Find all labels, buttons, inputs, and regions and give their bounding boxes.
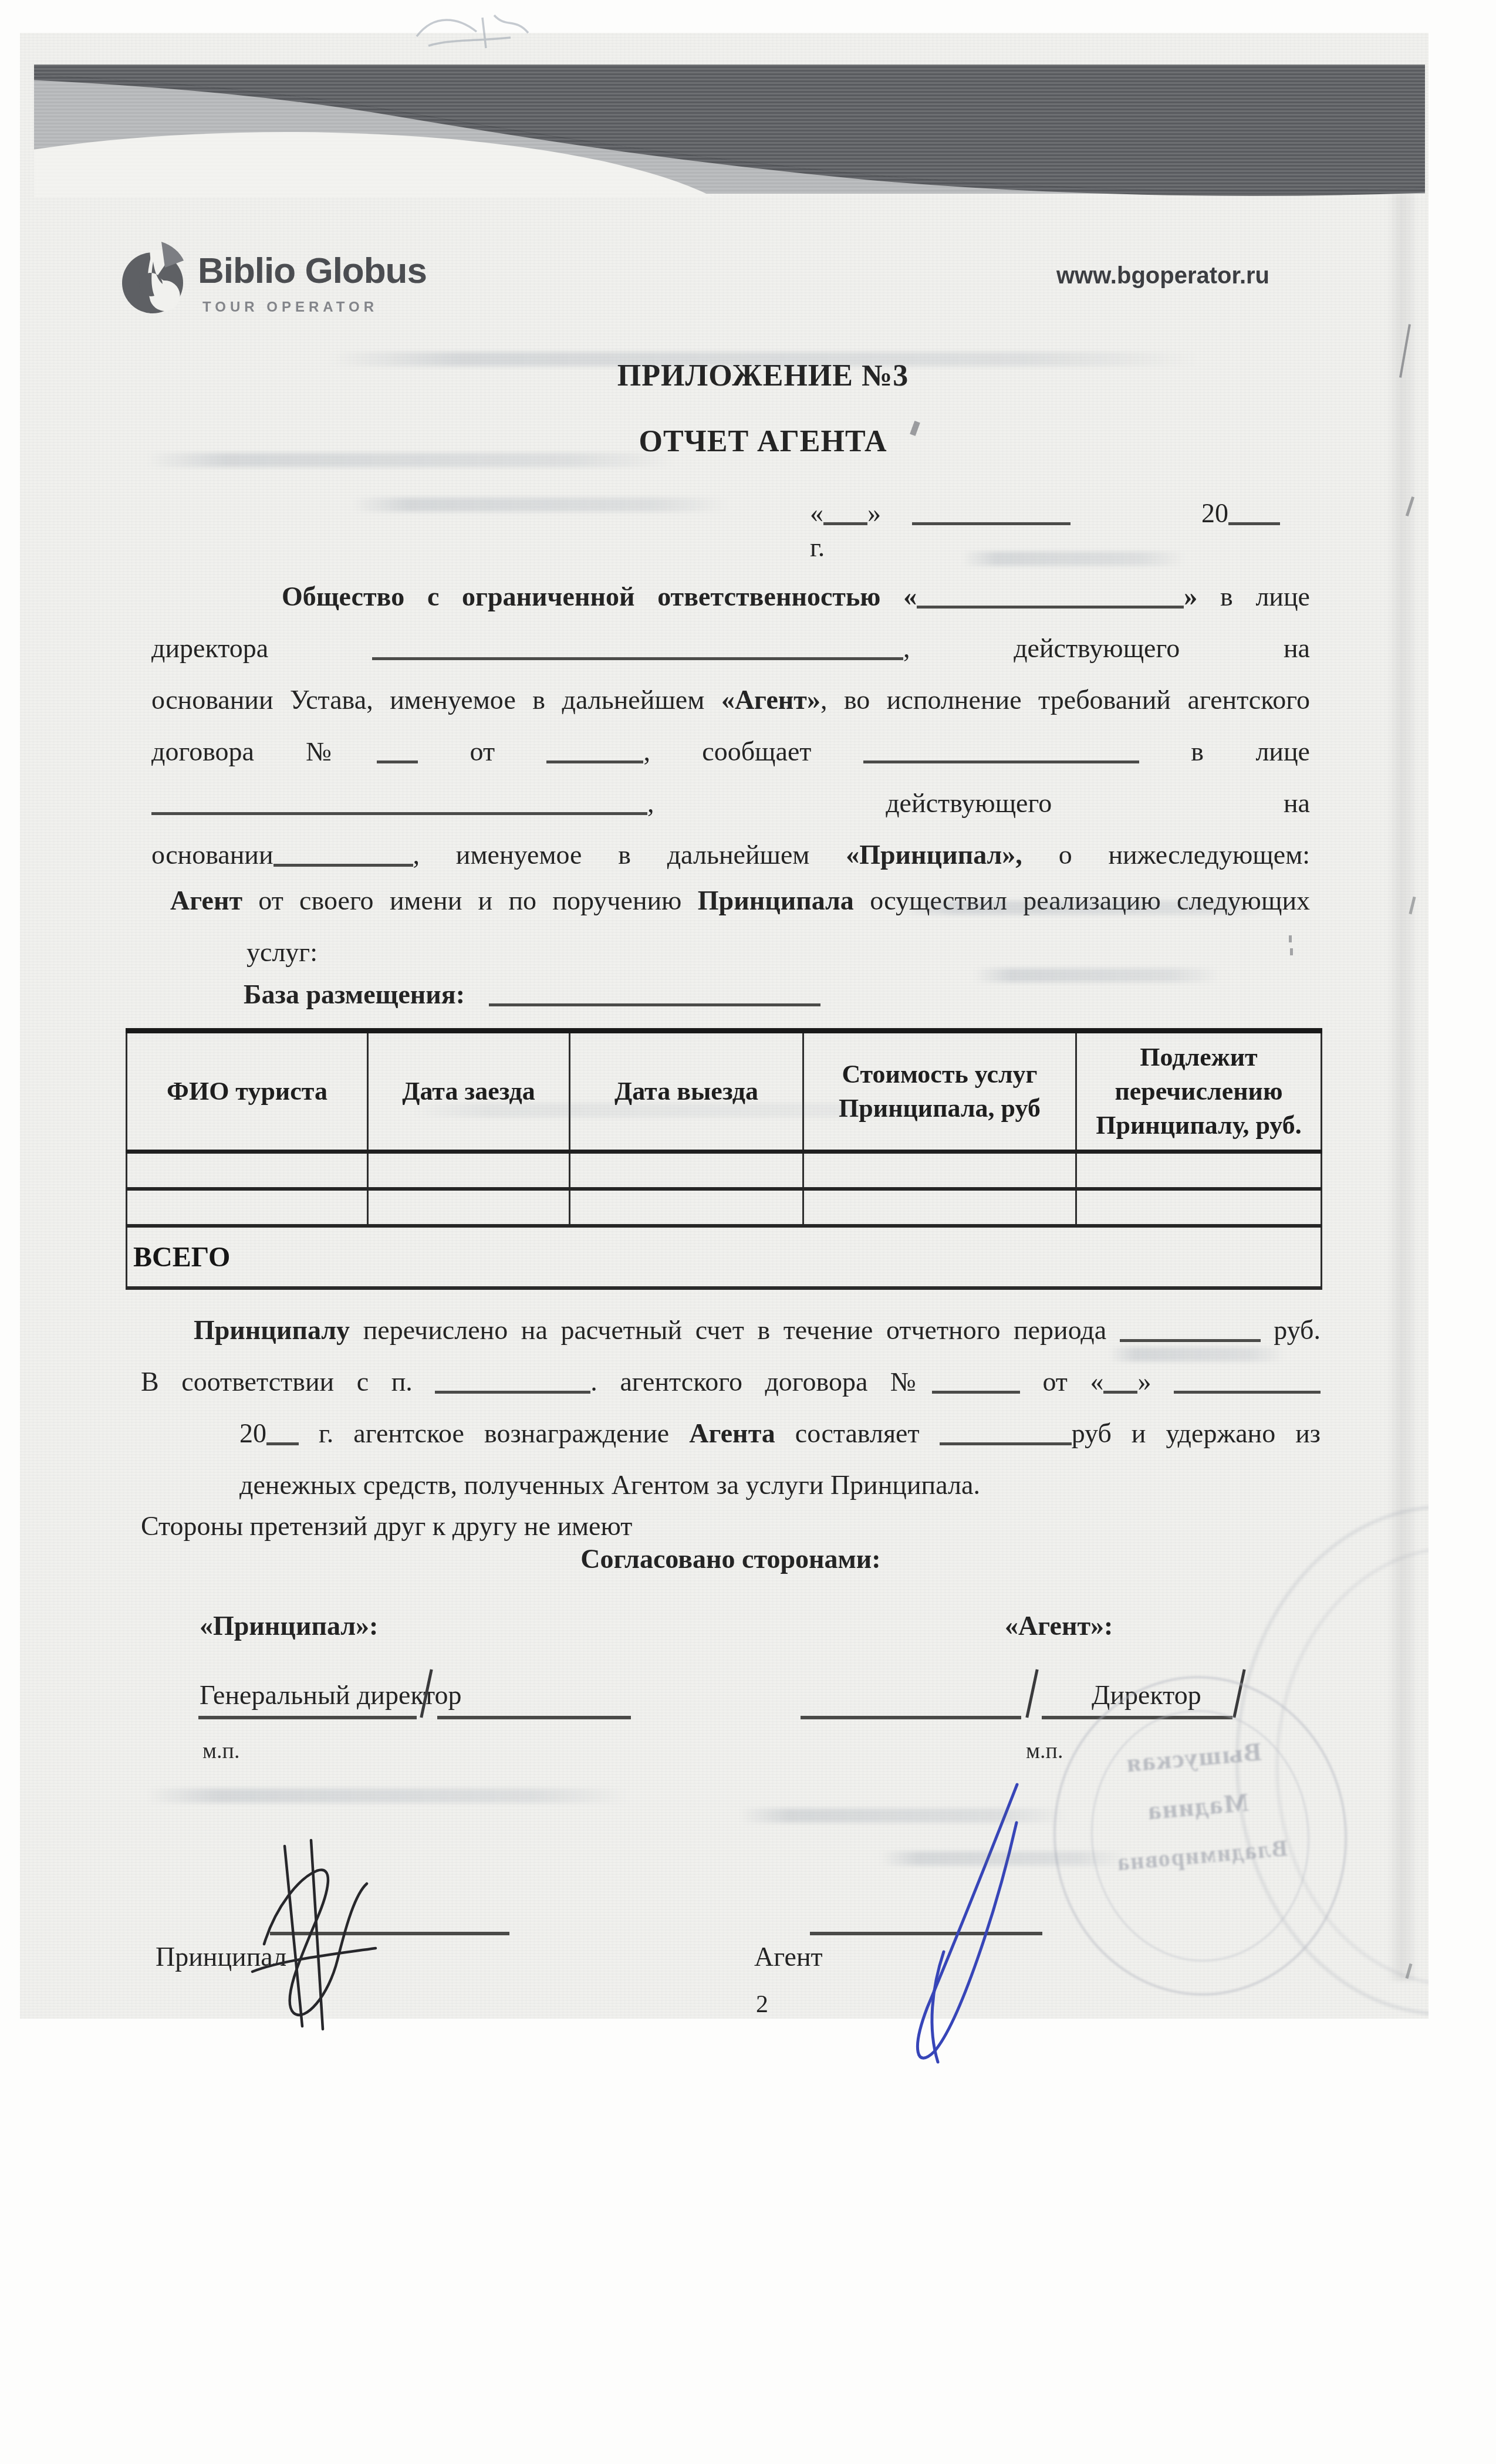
bleed-through-streak bbox=[352, 498, 728, 512]
blank-underline bbox=[932, 1373, 1020, 1394]
blank-underline bbox=[546, 743, 643, 763]
website-url: www.bgoperator.ru bbox=[1056, 263, 1269, 289]
paragraph1-line5: , действующего на bbox=[151, 786, 1310, 820]
bleed-through-streak bbox=[411, 1103, 939, 1117]
blank-underline bbox=[1103, 1373, 1137, 1394]
money-line4: денежных средств, полученных Агентом за … bbox=[239, 1468, 980, 1502]
table-empty-cell bbox=[1076, 1152, 1322, 1189]
scan-artifact bbox=[1290, 948, 1293, 955]
blank-underline bbox=[917, 588, 1184, 609]
money-line1: Принципалу перечислено на расчетный счет… bbox=[194, 1313, 1321, 1347]
table-empty-cell bbox=[127, 1152, 368, 1189]
blank-underline bbox=[489, 986, 820, 1006]
paragraph2-line2: услуг: bbox=[246, 935, 318, 969]
brand-block: Biblio Globus TOUR OPERATOR bbox=[120, 237, 531, 331]
principal-heading: «Принципал»: bbox=[200, 1609, 378, 1643]
bleed-through-streak bbox=[880, 1851, 1127, 1865]
principal-handwritten-signature bbox=[228, 1836, 398, 2035]
services-table: ФИО туристаДата заездаДата выездаСтоимос… bbox=[126, 1028, 1322, 1290]
money-line2: В соответствии с п. . агентского договор… bbox=[141, 1365, 1321, 1399]
paragraph1-line3: основании Устава, именуемое в дальнейшем… bbox=[151, 683, 1310, 717]
bleed-through-streak bbox=[1109, 1347, 1285, 1361]
scanned-document-page: Biblio Globus TOUR OPERATOR www.bgoperat… bbox=[0, 0, 1496, 2464]
table-empty-cell bbox=[803, 1189, 1076, 1226]
table-header-cell: ПодлежитперечислениюПринципалу, руб. bbox=[1076, 1031, 1322, 1152]
bleed-through-streak bbox=[898, 901, 1279, 915]
bleed-through-streak bbox=[963, 552, 1186, 566]
blank-underline bbox=[912, 505, 1070, 525]
paragraph1-line1: Общество с ограниченной ответственностью… bbox=[151, 580, 1310, 614]
blank-underline bbox=[273, 846, 413, 867]
agent-heading: «Агент»: bbox=[1005, 1609, 1113, 1643]
table-header-cell: Стоимость услугПринципала, руб bbox=[803, 1031, 1076, 1152]
table-header-cell: Дата выезда bbox=[570, 1031, 803, 1152]
scan-artifact bbox=[1406, 496, 1414, 516]
table-header-cell: Дата заезда bbox=[368, 1031, 570, 1152]
scan-artifact bbox=[1399, 324, 1411, 377]
bleed-through-streak bbox=[739, 1809, 1068, 1823]
table-empty-cell bbox=[570, 1189, 803, 1226]
pencil-smudge bbox=[411, 0, 546, 59]
paragraph1-line4: договора № от , сообщает в лице bbox=[151, 735, 1310, 769]
bleed-through-streak bbox=[974, 968, 1221, 982]
blank-underline bbox=[435, 1373, 590, 1394]
brand-tagline: TOUR OPERATOR bbox=[202, 299, 378, 316]
bleed-through-streak bbox=[147, 453, 675, 467]
scan-artifact bbox=[1289, 935, 1292, 942]
blank-underline bbox=[863, 743, 1139, 763]
paragraph1-line6: основании, именуемое в дальнейшем «Принц… bbox=[151, 838, 1310, 872]
table-total-label: ВСЕГО bbox=[127, 1226, 1322, 1288]
table-empty-cell bbox=[1076, 1189, 1322, 1226]
table-empty-cell bbox=[368, 1152, 570, 1189]
blank-underline bbox=[1228, 505, 1280, 525]
bleed-through-streak bbox=[329, 352, 1197, 366]
accommodation-base-line: База размещения: bbox=[244, 978, 820, 1012]
blank-underline bbox=[151, 795, 647, 815]
table-header-cell: ФИО туриста bbox=[127, 1031, 368, 1152]
table-empty-cell bbox=[127, 1189, 368, 1226]
scan-artifact bbox=[1406, 1963, 1413, 1979]
page-number: 2 bbox=[756, 1990, 768, 2019]
table-total-row: ВСЕГО bbox=[127, 1226, 1322, 1288]
table-empty-row bbox=[127, 1189, 1322, 1226]
seal-placeholder-left: м.п. bbox=[202, 1738, 239, 1764]
bleed-through-streak bbox=[147, 1789, 628, 1803]
blank-underline bbox=[940, 1425, 1072, 1445]
scan-artifact bbox=[1409, 897, 1416, 914]
table-empty-row bbox=[127, 1152, 1322, 1189]
blank-underline bbox=[1174, 1373, 1321, 1394]
stamp-bleed-through: Вышуская Мадина Владимировна bbox=[1040, 1664, 1360, 2008]
brand-name: Biblio Globus bbox=[198, 250, 427, 292]
table-empty-cell bbox=[368, 1189, 570, 1226]
globe-swirl-icon bbox=[120, 237, 188, 319]
blank-underline bbox=[1120, 1321, 1261, 1342]
blank-underline bbox=[372, 640, 903, 660]
blank-underline bbox=[823, 505, 867, 525]
no-claims-line: Стороны претензий друг к другу не имеют bbox=[141, 1509, 632, 1543]
bottom-agent-label: Агент bbox=[754, 1940, 823, 1974]
agreed-heading: Согласовано сторонами: bbox=[151, 1542, 1310, 1576]
principal-signature-line bbox=[198, 1668, 644, 1719]
table-empty-cell bbox=[803, 1152, 1076, 1189]
blank-underline bbox=[266, 1425, 299, 1445]
blank-underline bbox=[377, 743, 418, 763]
money-line3: 20 г. агентское вознаграждение Агента со… bbox=[239, 1417, 1321, 1451]
paragraph1-line2: директора , действующего на bbox=[151, 631, 1310, 665]
letterhead-wave-banner bbox=[34, 65, 1425, 197]
table-empty-cell bbox=[570, 1152, 803, 1189]
